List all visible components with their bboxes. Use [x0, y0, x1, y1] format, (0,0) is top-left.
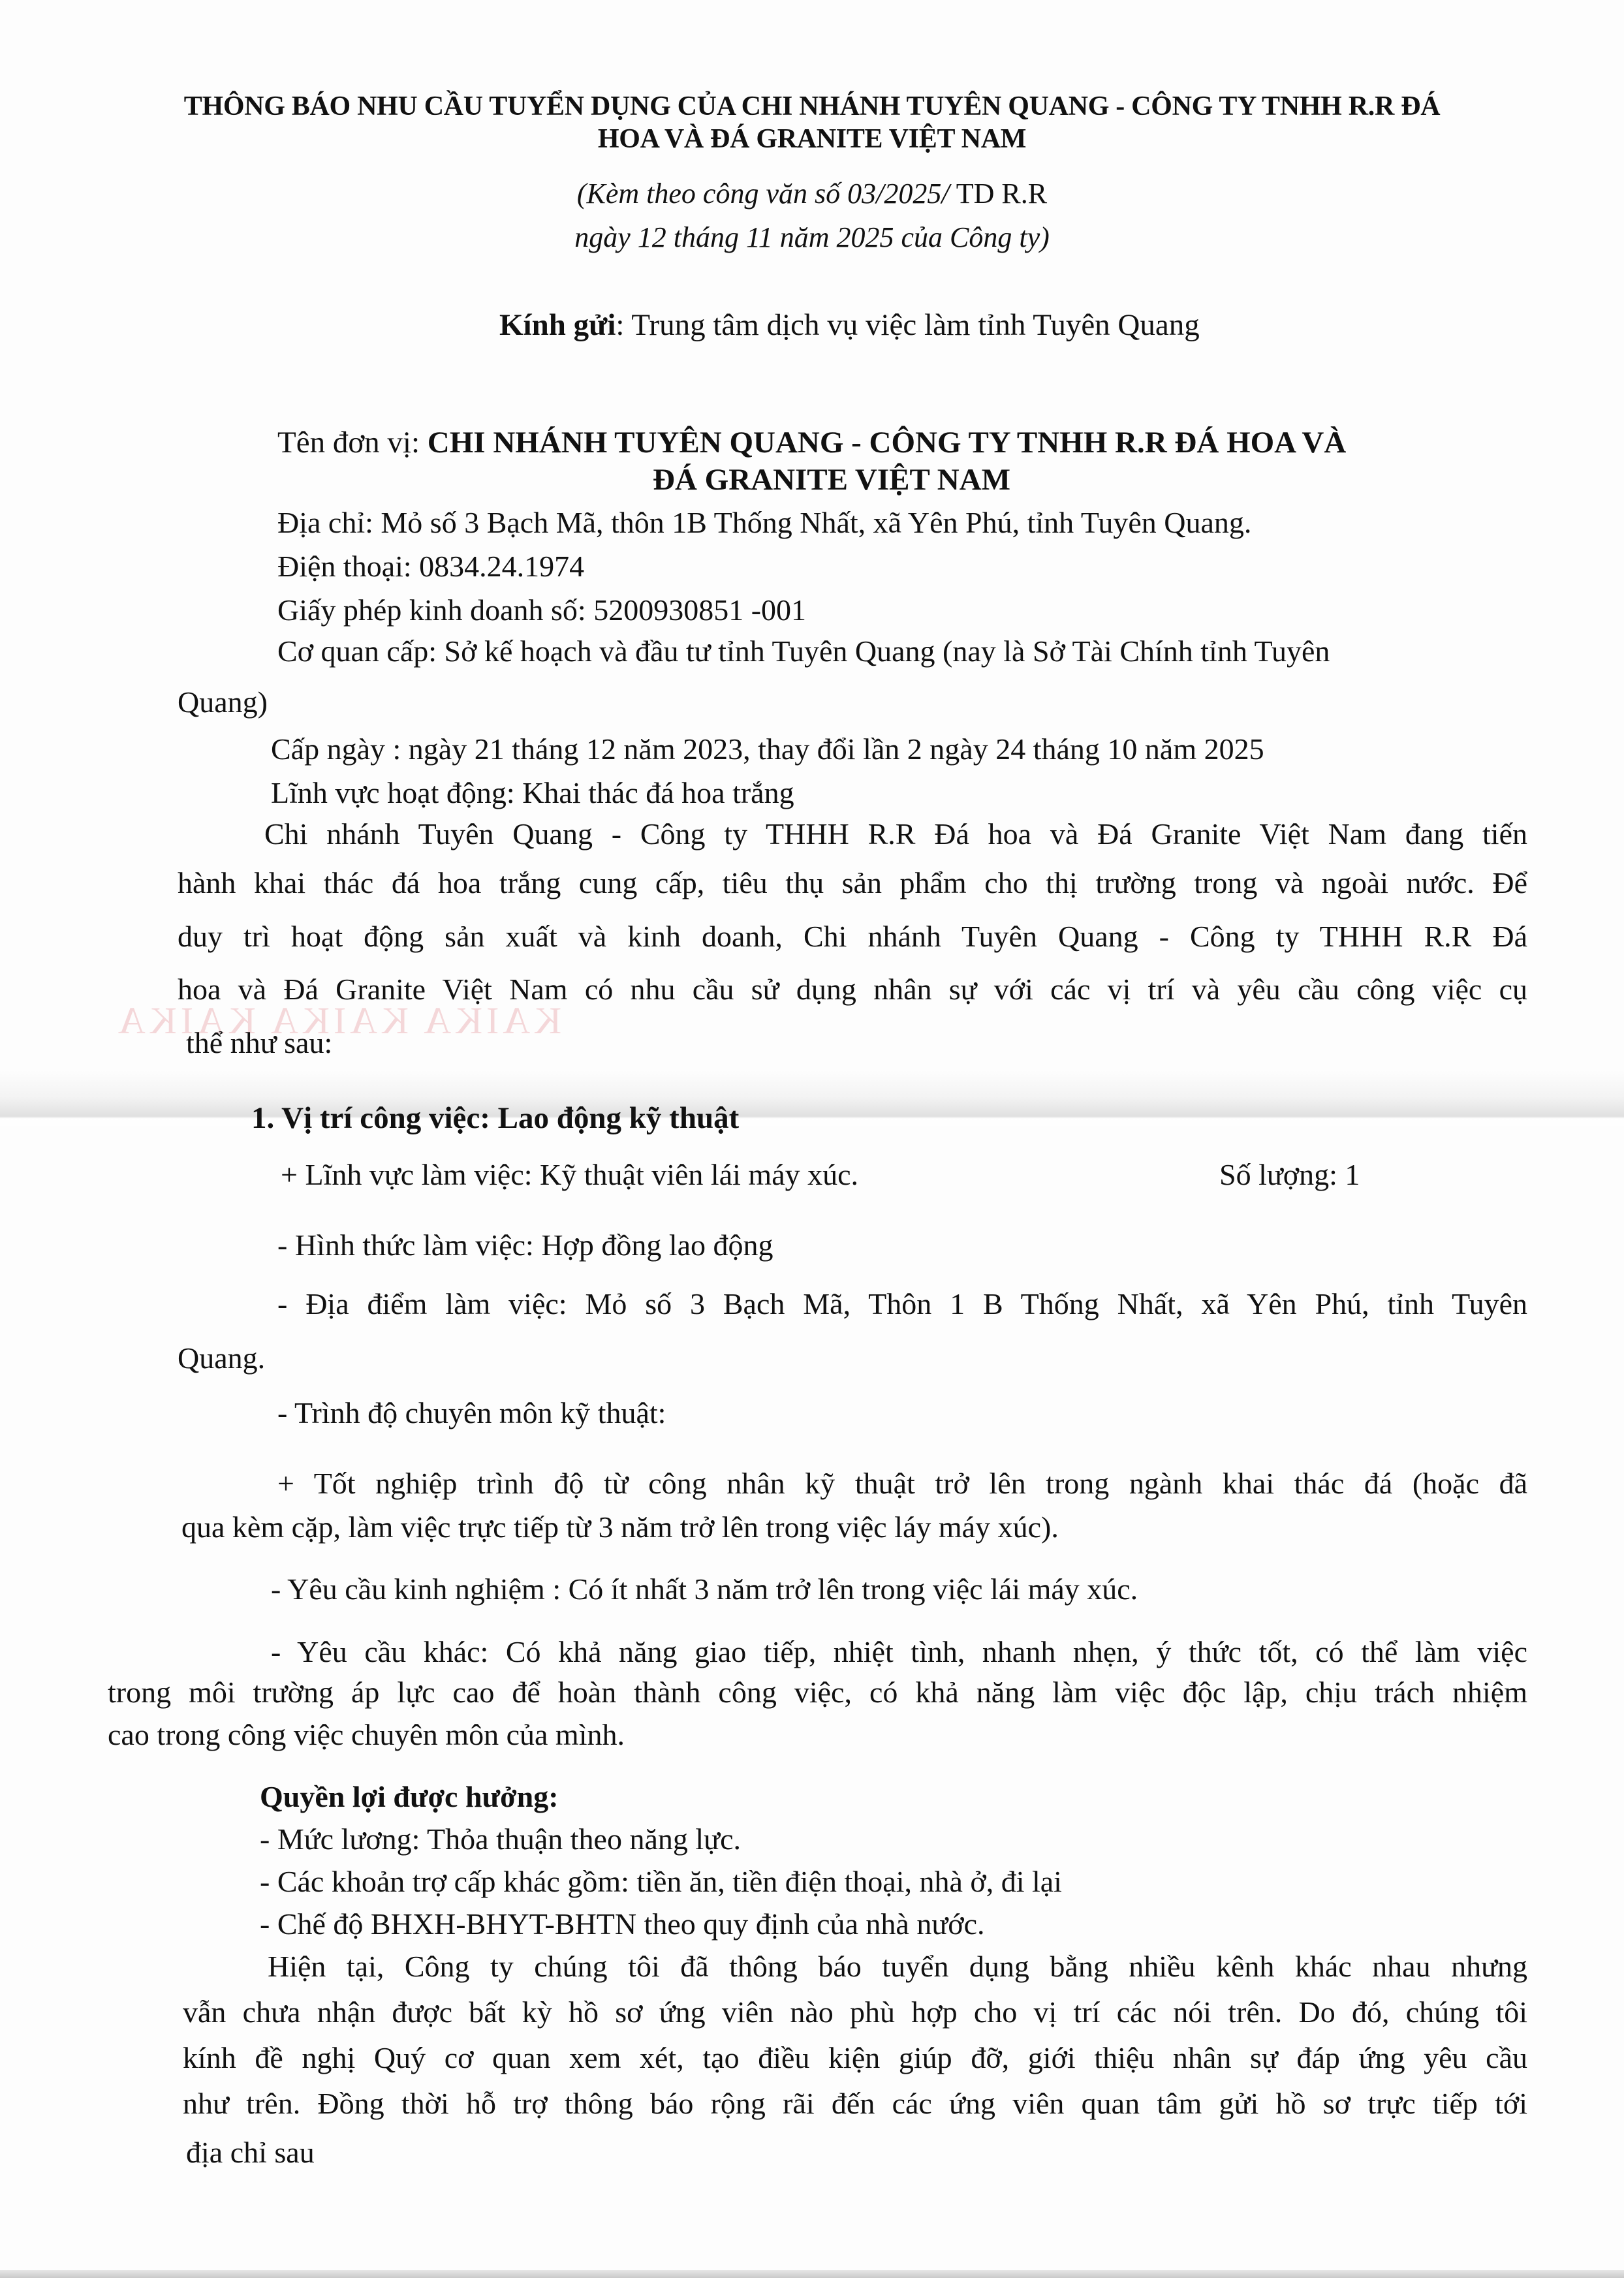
intro-line-5: thể như sau:: [186, 1028, 332, 1058]
recipient-value: : Trung tâm dịch vụ việc làm tỉnh Tuyên …: [616, 308, 1199, 342]
company-name-line-1: Tên đơn vị: CHI NHÁNH TUYÊN QUANG - CÔNG…: [277, 428, 1346, 458]
recipient-label: Kính gửi: [499, 308, 616, 342]
qualification-label: - Trình độ chuyên môn kỹ thuật:: [277, 1398, 666, 1428]
closing-line-3: kính đề nghị Quý cơ quan xem xét, tạo đi…: [183, 2043, 1527, 2073]
intro-line-2: hành khai thác đá hoa trắng cung cấp, ti…: [178, 868, 1527, 898]
document-title-line-1: THÔNG BÁO NHU CẦU TUYỂN DỤNG CỦA CHI NHÁ…: [0, 93, 1624, 120]
business-license: Giấy phép kinh doanh số: 5200930851 -001: [277, 595, 806, 625]
other-requirements-line-1: - Yêu cầu khác: Có khả năng giao tiếp, n…: [271, 1637, 1527, 1667]
work-location-line-2: Quang.: [178, 1343, 265, 1373]
benefit-insurance: - Chế độ BHXH-BHYT-BHTN theo quy định củ…: [260, 1909, 985, 1939]
other-requirements-line-3: cao trong công việc chuyên môn của mình.: [108, 1720, 625, 1750]
reference-italic: (Kèm theo công văn số 03/2025/: [577, 178, 950, 210]
work-location-line-1: - Địa điểm làm việc: Mỏ số 3 Bạch Mã, Th…: [277, 1289, 1527, 1319]
page-fold-crease: [0, 1070, 1624, 1129]
issue-date: Cấp ngày : ngày 21 tháng 12 năm 2023, th…: [271, 734, 1264, 764]
recipient-line: Kính gửi: Trung tâm dịch vụ việc làm tỉn…: [499, 310, 1200, 341]
reference-line-2: ngày 12 tháng 11 năm 2025 của Công ty): [0, 223, 1624, 252]
experience-requirement: - Yêu cầu kinh nghiệm : Có ít nhất 3 năm…: [271, 1574, 1138, 1604]
company-name: CHI NHÁNH TUYÊN QUANG - CÔNG TY TNHH R.R…: [428, 426, 1347, 460]
position-heading: 1. Vị trí công việc: Lao động kỹ thuật: [251, 1103, 739, 1134]
intro-line-3: duy trì hoạt động sản xuất và kinh doanh…: [178, 922, 1527, 952]
page-bottom-edge: [0, 2270, 1624, 2278]
reference-line-1: (Kèm theo công văn số 03/2025/ TD R.R: [0, 179, 1624, 208]
benefit-salary: - Mức lương: Thỏa thuận theo năng lực.: [260, 1824, 741, 1854]
business-field: Lĩnh vực hoạt động: Khai thác đá hoa trắ…: [271, 778, 794, 808]
intro-line-4: hoa và Đá Granite Việt Nam có nhu cầu sử…: [178, 975, 1527, 1005]
scanned-document-page: KAIKA KAIKA KAIKA THÔNG BÁO NHU CẦU TUYỂ…: [0, 0, 1624, 2278]
other-requirements-line-2: trong môi trường áp lực cao để hoàn thàn…: [108, 1677, 1527, 1708]
issuing-authority-line-2: Quang): [178, 687, 268, 717]
position-field: + Lĩnh vực làm việc: Kỹ thuật viên lái m…: [281, 1160, 858, 1190]
intro-line-1: Chi nhánh Tuyên Quang - Công ty THHH R.R…: [264, 819, 1527, 849]
company-address: Địa chỉ: Mỏ số 3 Bạch Mã, thôn 1B Thống …: [277, 508, 1251, 538]
benefit-allowances: - Các khoản trợ cấp khác gồm: tiền ăn, t…: [260, 1867, 1062, 1897]
company-name-line-2: ĐÁ GRANITE VIỆT NAM: [653, 465, 1010, 495]
position-quantity: Số lượng: 1: [1219, 1160, 1360, 1190]
work-type: - Hình thức làm việc: Hợp đồng lao động: [277, 1230, 773, 1260]
reference-code: TD R.R: [950, 178, 1048, 210]
qualification-line-2: qua kèm cặp, làm việc trực tiếp từ 3 năm…: [181, 1512, 1059, 1542]
issuing-authority-line-1: Cơ quan cấp: Sở kế hoạch và đầu tư tỉnh …: [277, 636, 1330, 666]
company-phone: Điện thoại: 0834.24.1974: [277, 552, 584, 582]
company-name-label: Tên đơn vị:: [277, 426, 428, 460]
closing-line-5: địa chỉ sau: [186, 2138, 315, 2168]
closing-line-4: như trên. Đồng thời hỗ trợ thông báo rộn…: [183, 2089, 1527, 2119]
qualification-line-1: + Tốt nghiệp trình độ từ công nhân kỹ th…: [277, 1469, 1527, 1499]
benefits-heading: Quyền lợi được hưởng:: [260, 1782, 559, 1812]
closing-line-2: vẫn chưa nhận được bất kỳ hồ sơ ứng viên…: [183, 1997, 1527, 2027]
closing-line-1: Hiện tại, Công ty chúng tôi đã thông báo…: [268, 1952, 1527, 1982]
document-title-line-2: HOA VÀ ĐÁ GRANITE VIỆT NAM: [0, 125, 1624, 153]
